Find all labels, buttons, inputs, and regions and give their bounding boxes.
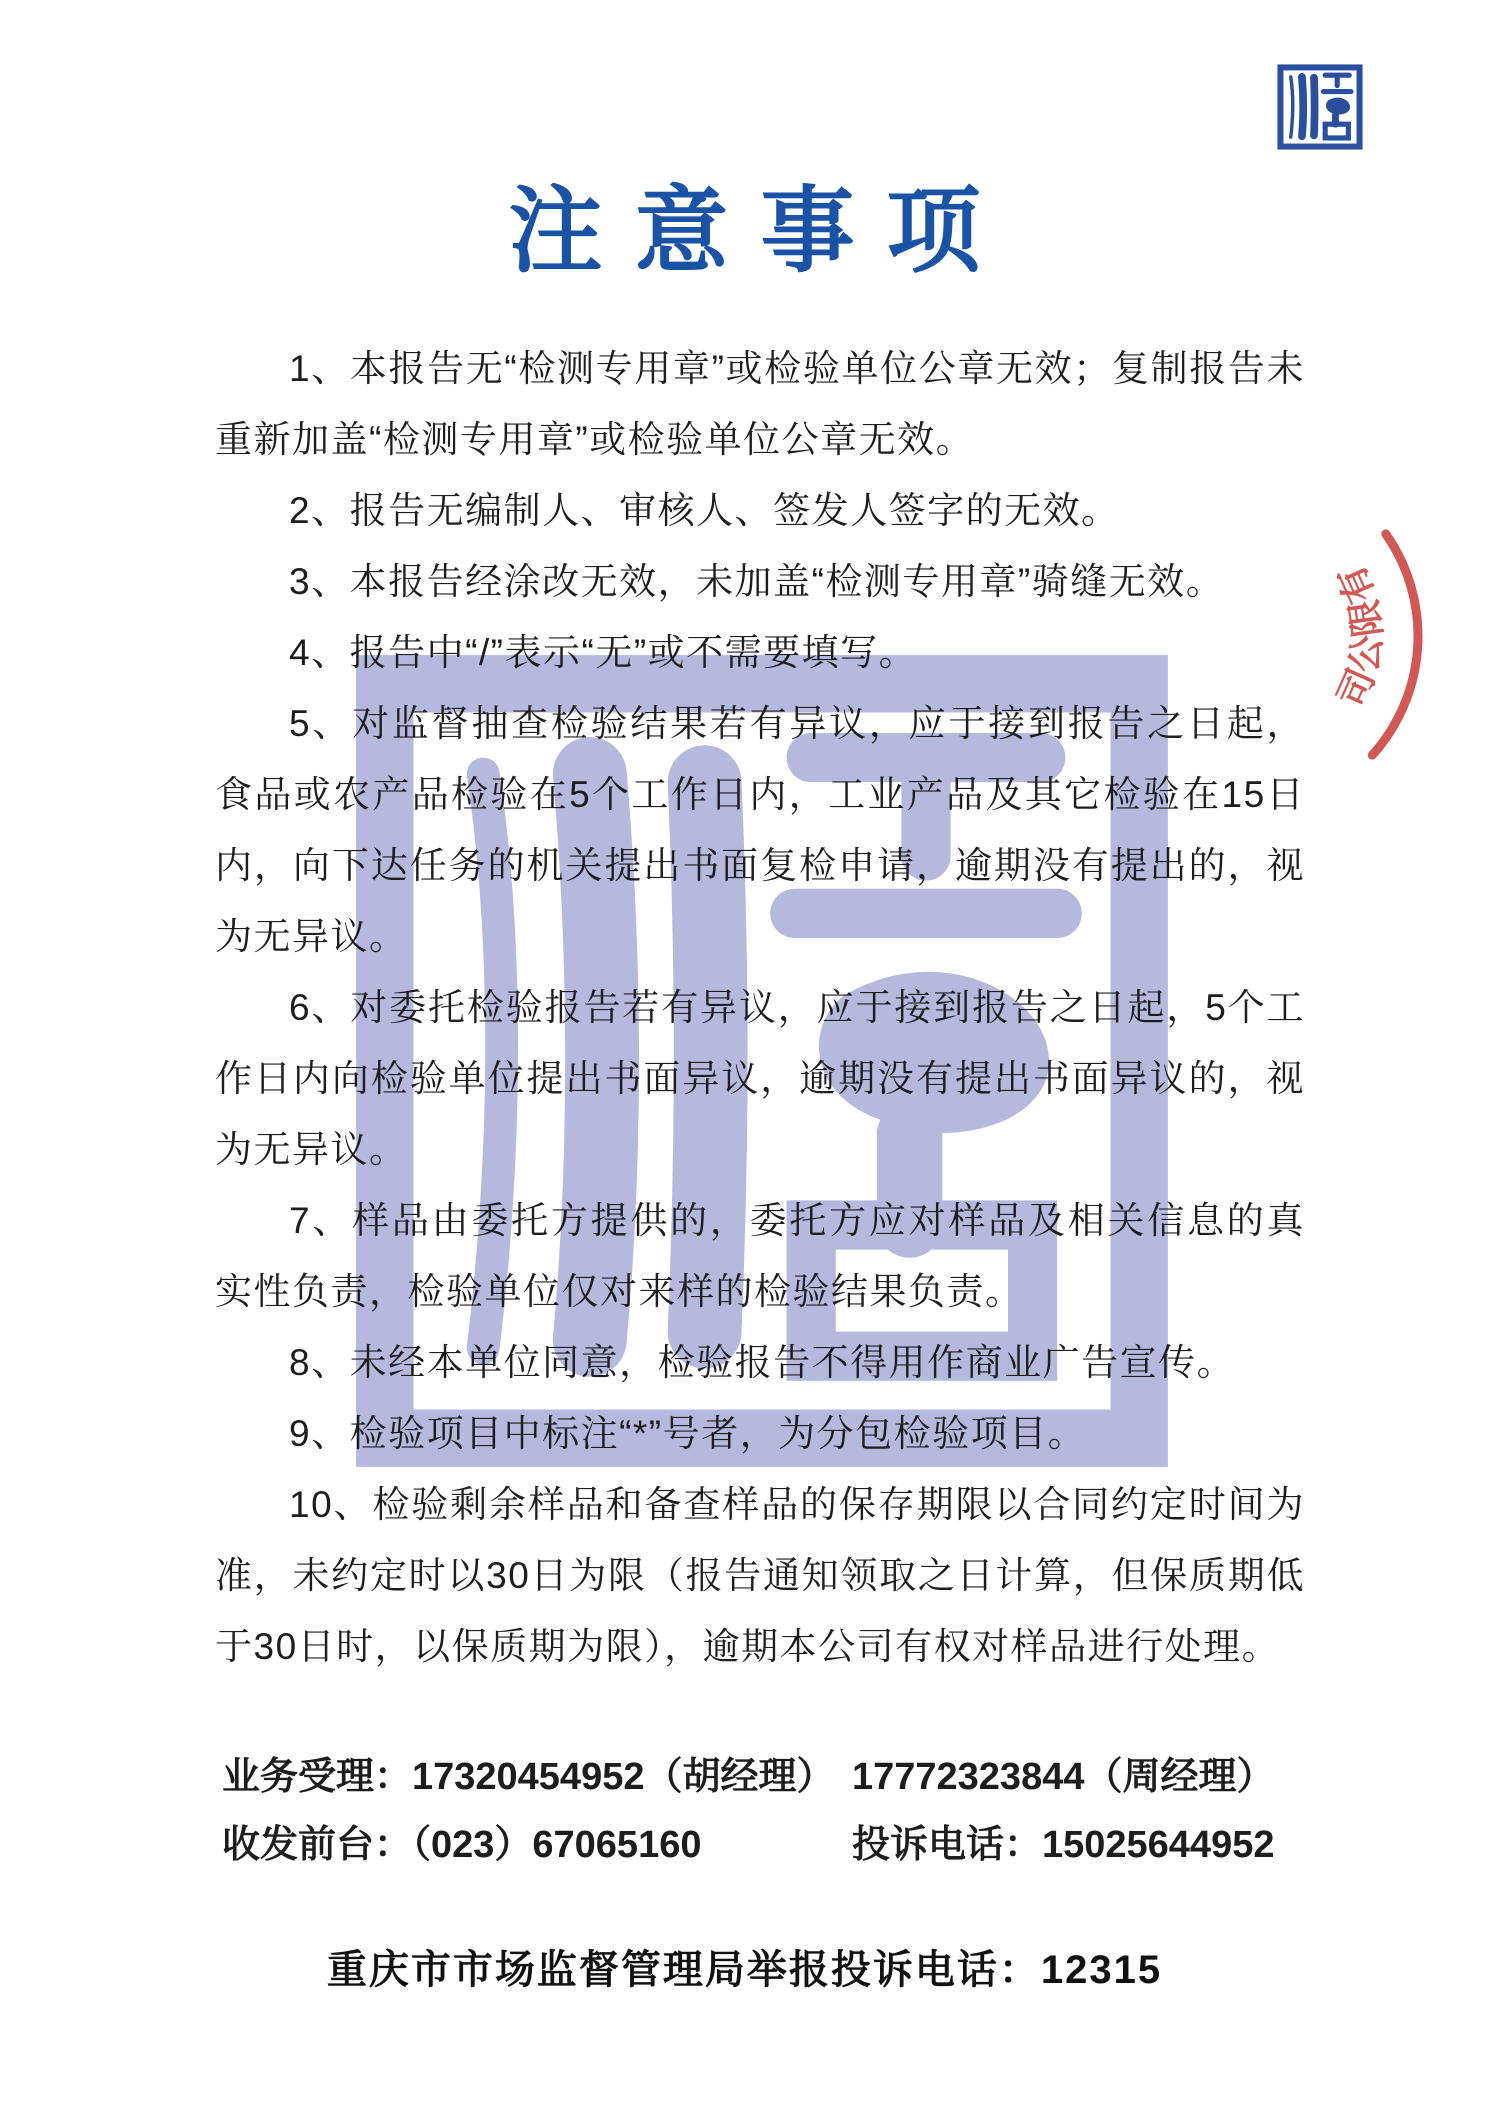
notice-item-6: 6、对委托检验报告若有异议，应于接到报告之日起，5个工作日内向检验单位提出书面异… xyxy=(215,972,1305,1185)
notice-item-7: 7、样品由委托方提供的，委托方应对样品及相关信息的真实性负责，检验单位仅对来样的… xyxy=(215,1185,1305,1327)
business-phone-2: 17772323844（周经理） xyxy=(852,1745,1274,1800)
front-desk-phone: 收发前台：（023）67065160 xyxy=(222,1813,701,1868)
notice-item-2: 2、报告无编制人、审核人、签发人签字的无效。 xyxy=(215,475,1305,546)
notice-list: 1、本报告无“检测专用章”或检验单位公章无效；复制报告未重新加盖“检测专用章”或… xyxy=(215,333,1305,1682)
notice-item-8: 8、未经本单位同意，检验报告不得用作商业广告宣传。 xyxy=(215,1327,1305,1398)
contact-block: 业务受理：17320454952（胡经理） 17772323844（周经理） 收… xyxy=(222,1745,1382,1881)
notice-item-9: 9、检验项目中标注“*”号者，为分包检验项目。 xyxy=(215,1398,1305,1469)
notice-page: 有 限 公 司 注意事项 1、本报告无“检测专用章”或检验单位公章无效；复制报告… xyxy=(0,0,1489,2103)
notice-item-3: 3、本报告经涂改无效，未加盖“检测专用章”骑缝无效。 xyxy=(215,546,1305,617)
contact-row-2: 收发前台：（023）67065160 投诉电话：15025644952 xyxy=(222,1813,1382,1881)
market-regulator-hotline: 重庆市市场监督管理局举报投诉电话：12315 xyxy=(0,1938,1489,1995)
notice-item-10: 10、检验剩余样品和备查样品的保存期限以合同约定时间为准，未约定时以30日为限（… xyxy=(215,1469,1305,1682)
complaint-phone: 投诉电话：15025644952 xyxy=(852,1813,1274,1868)
contact-row-1: 业务受理：17320454952（胡经理） 17772323844（周经理） xyxy=(222,1745,1382,1813)
notice-item-1: 1、本报告无“检测专用章”或检验单位公章无效；复制报告未重新加盖“检测专用章”或… xyxy=(215,333,1305,475)
business-phone: 业务受理：17320454952（胡经理） xyxy=(222,1745,834,1800)
page-title: 注意事项 xyxy=(0,180,1489,282)
notice-item-5: 5、对监督抽查检验结果若有异议，应于接到报告之日起，食品或农产品检验在5个工作日… xyxy=(215,688,1305,972)
notice-item-4: 4、报告中“/”表示“无”或不需要填写。 xyxy=(215,617,1305,688)
company-seal-logo-icon xyxy=(1277,64,1363,150)
